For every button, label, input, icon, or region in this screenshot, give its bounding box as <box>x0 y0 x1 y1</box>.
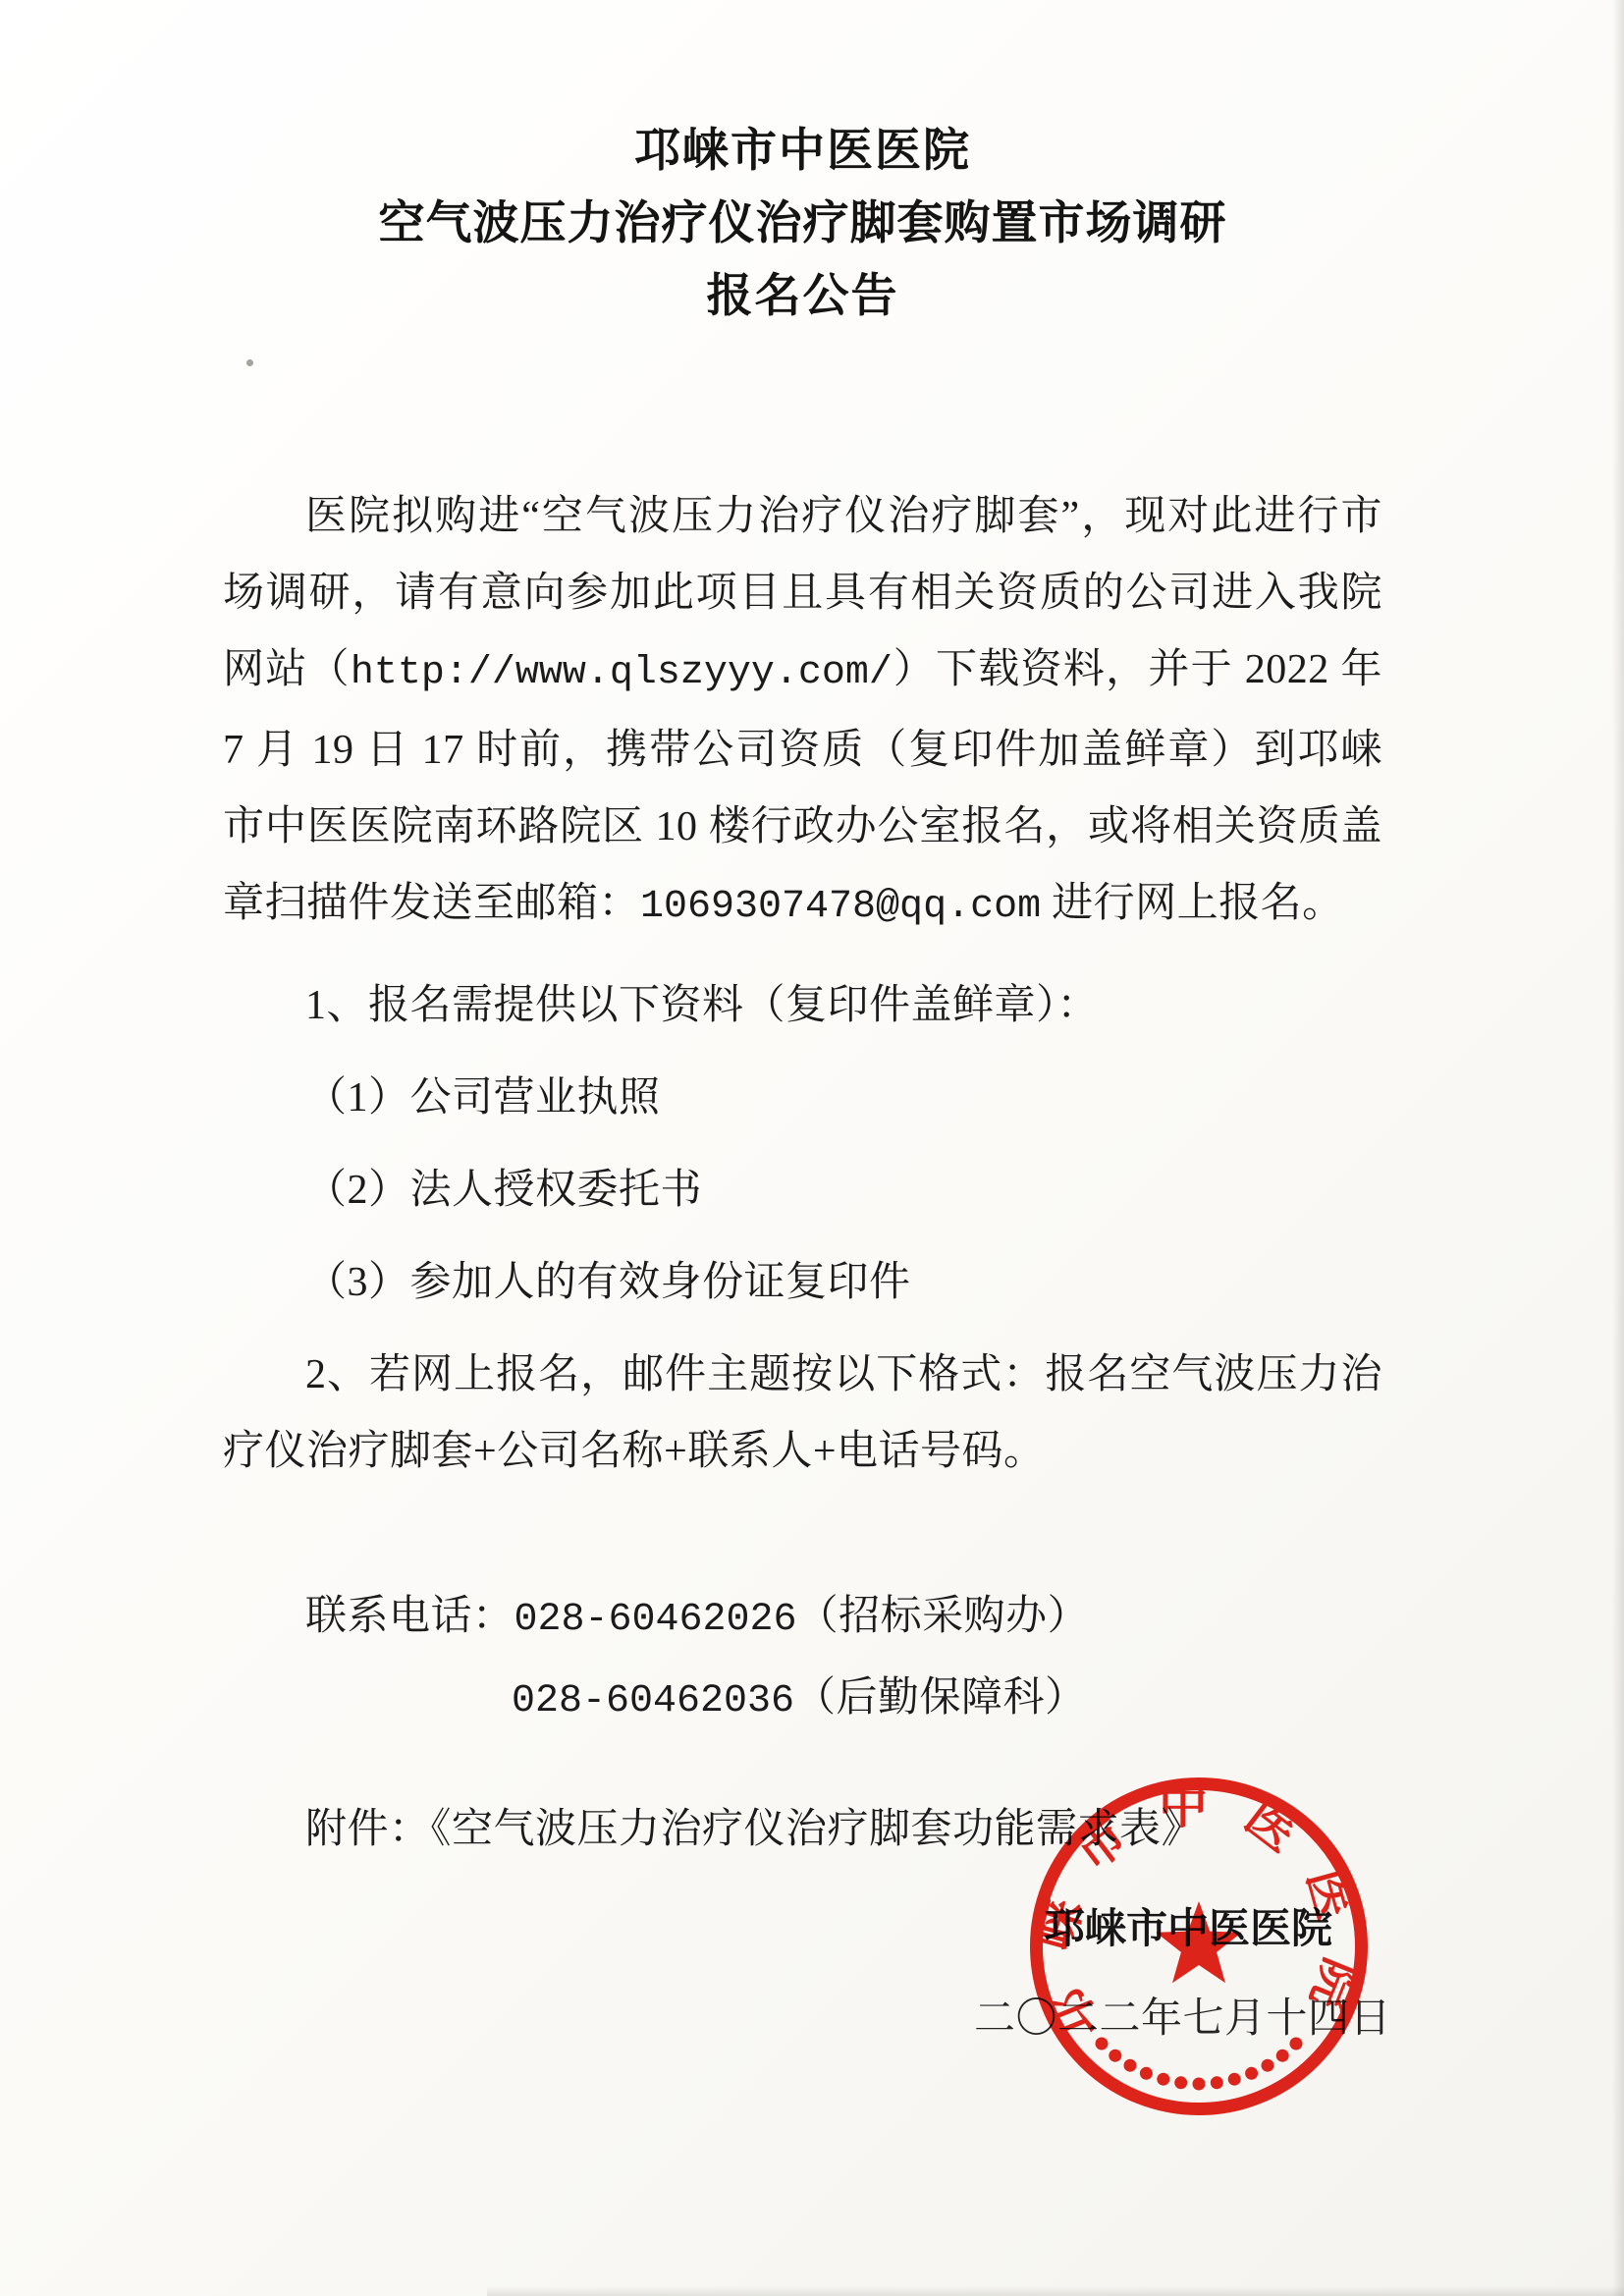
dept-logistics: （后勤保障科） <box>794 1675 1087 1721</box>
hospital-name-title: 邛崃市中医医院 <box>223 122 1382 181</box>
issuer-signature: 邛崃市中医医院 <box>1044 1906 1332 1953</box>
list-item-id-copy: （3）参加人的有效身份证复印件 <box>223 1244 1382 1321</box>
list-item-authorization-letter: （2）法人授权委托书 <box>223 1152 1382 1229</box>
issue-date: 二〇二二年七月十四日 <box>974 1995 1391 2043</box>
document-type-title: 报名公告 <box>223 267 1382 326</box>
registration-email: 1069307478@qq.com <box>640 885 1041 929</box>
dept-bidding-office: （招标采购办） <box>797 1594 1090 1639</box>
contact-phone-line-2: 028-60462036（后勤保障科） <box>223 1660 1382 1740</box>
document-body: 医院拟购进“空气波压力治疗仪治疗脚套”，现对此进行市场调研，请有意向参加此项目且… <box>223 478 1382 1868</box>
hospital-website-url: http://www.qlszyyy.com/ <box>351 651 893 695</box>
list-item-business-license: （1）公司营业执照 <box>223 1060 1382 1136</box>
procurement-subject-title: 空气波压力治疗仪治疗脚套购置市场调研 <box>223 194 1382 253</box>
seal-dots <box>1096 2038 1303 2091</box>
phone-number-logistics-dept: 028-60462036 <box>512 1679 794 1723</box>
contact-label: 联系电话： <box>305 1594 514 1639</box>
scanned-document-page: 邛崃市中医医院 空气波压力治疗仪治疗脚套购置市场调研 报名公告 医院拟购进“空气… <box>0 0 1624 2296</box>
intro-paragraph: 医院拟购进“空气波压力治疗仪治疗脚套”，现对此进行市场调研，请有意向参加此项目且… <box>223 478 1382 946</box>
intro-text-3: 进行网上报名。 <box>1041 881 1344 926</box>
attachment-reference: 附件：《空气波压力治疗仪治疗脚套功能需求表》 <box>223 1791 1382 1868</box>
list-item-required-materials: 1、报名需提供以下资料（复印件盖鲜章）： <box>223 967 1382 1044</box>
phone-number-bidding-office: 028-60462026 <box>514 1598 797 1642</box>
document-content: 邛崃市中医医院 空气波压力治疗仪治疗脚套购置市场调研 报名公告 医院拟购进“空气… <box>0 0 1624 1868</box>
list-item-online-registration-format: 2、若网上报名，邮件主题按以下格式：报名空气波压力治疗仪治疗脚套+公司名称+联系… <box>223 1337 1382 1490</box>
contact-phone-line-1: 联系电话：028-60462026（招标采购办） <box>223 1578 1382 1659</box>
scan-speck <box>246 359 253 366</box>
